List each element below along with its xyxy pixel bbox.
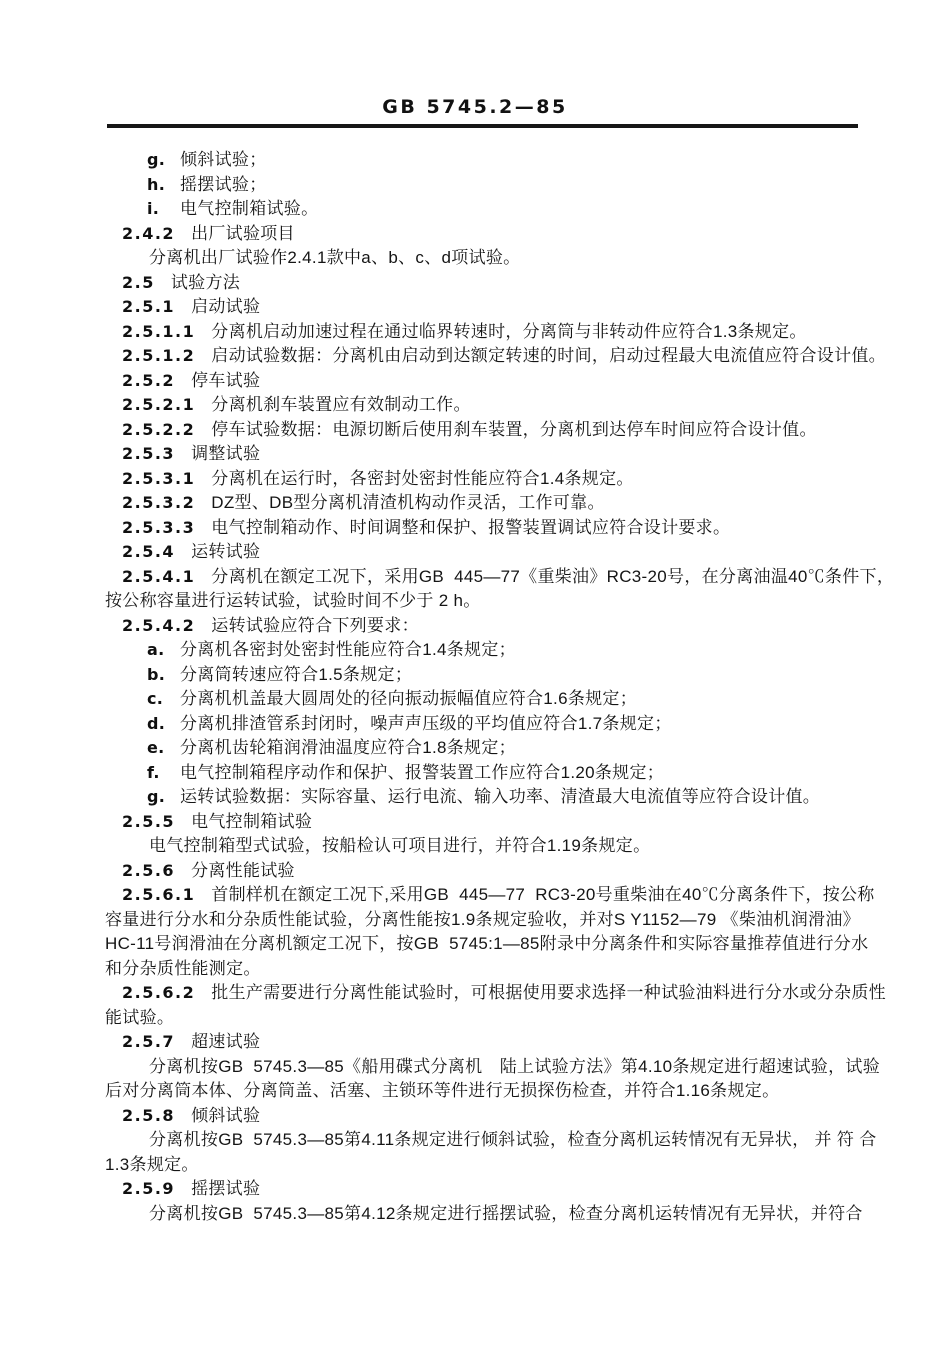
section-heading: 2.5.1启动试验 (122, 295, 885, 320)
clause-text: 运转试验应符合下列要求： (211, 616, 419, 635)
standard-code: GB 5745.2—85 (0, 96, 950, 118)
header-rule (107, 124, 858, 128)
section-title: 调整试验 (191, 444, 260, 463)
clause-text: 启动试验数据：分离机由启动到达额定转速的时间，启动过程最大电流值应符合设计值。 (211, 346, 886, 365)
item-text: 电气控制箱试验。 (180, 199, 318, 218)
section-heading: 2.5.7超速试验 (122, 1030, 885, 1055)
clause-number: 2.5.6.1 (122, 885, 195, 904)
section-heading: 2.5.6分离性能试验 (122, 859, 885, 884)
clause-text: 停车试验数据：电源切断后使用刹车装置，分离机到达停车时间应符合设计值。 (211, 420, 817, 439)
text-line: 容量进行分水和分杂质性能试验，分离性能按1.9条规定验收，并对S Y1152—7… (105, 908, 885, 933)
section-title: 摇摆试验 (191, 1179, 260, 1198)
text-line: 1.3条规定。 (105, 1153, 885, 1178)
section-number: 2.5.5 (122, 812, 175, 831)
item-text: 摇摆试验； (180, 175, 267, 194)
text-line: 能试验。 (105, 1006, 885, 1031)
section-number: 2.4.2 (122, 224, 175, 243)
clause-number: 2.5.1.2 (122, 346, 195, 365)
clause-text: 电气控制箱动作、时间调整和保护、报警装置调试应符合设计要求。 (211, 518, 730, 537)
section-title: 试验方法 (171, 273, 240, 292)
clause-number: 2.5.2.1 (122, 395, 195, 414)
clause-number: 2.5.4.2 (122, 616, 195, 635)
text-line: 分离机出厂试验作2.4.1款中a、b、c、d项试验。 (149, 246, 885, 271)
item-text: 分离筒转速应符合1.5条规定； (180, 665, 412, 684)
section-heading: 2.5.2停车试验 (122, 369, 885, 394)
text-line: 分离机按GB 5745.3—85第4.12条规定进行摇摆试验，检查分离机运转情况… (149, 1202, 885, 1227)
list-item: b.分离筒转速应符合1.5条规定； (147, 663, 885, 688)
clause-number: 2.5.4.1 (122, 567, 195, 586)
section-number: 2.5.6 (122, 861, 175, 880)
section-title: 分离性能试验 (191, 861, 295, 880)
section-heading: 2.4.2出厂试验项目 (122, 222, 885, 247)
list-item: g.运转试验数据：实际容量、运行电流、输入功率、清渣最大电流值等应符合设计值。 (147, 785, 885, 810)
section-number: 2.5.4 (122, 542, 175, 561)
item-label: h. (147, 173, 180, 198)
item-text: 分离机排渣管系封闭时，噪声声压级的平均值应符合1.7条规定； (180, 714, 672, 733)
clause-text: 批生产需要进行分离性能试验时，可根据使用要求选择一种试验油料进行分水或分杂质性 (211, 983, 886, 1002)
section-title: 启动试验 (191, 297, 260, 316)
clause-text: 分离机刹车装置应有效制动工作。 (211, 395, 471, 414)
item-text: 运转试验数据：实际容量、运行电流、输入功率、清渣最大电流值等应符合设计值。 (180, 787, 820, 806)
section-heading: 2.5试验方法 (122, 271, 885, 296)
clause-number: 2.5.3.2 (122, 493, 195, 512)
clause-line: 2.5.3.3电气控制箱动作、时间调整和保护、报警装置调试应符合设计要求。 (122, 516, 885, 541)
text-line: 分离机按GB 5745.3—85《船用碟式分离机 陆上试验方法》第4.10条规定… (149, 1055, 885, 1080)
clause-line: 2.5.3.1分离机在运行时，各密封处密封性能应符合1.4条规定。 (122, 467, 885, 492)
item-label: g. (147, 785, 180, 810)
section-number: 2.5 (122, 273, 155, 292)
clause-line: 2.5.1.1分离机启动加速过程在通过临界转速时，分离筒与非转动件应符合1.3条… (122, 320, 885, 345)
item-label: g. (147, 148, 180, 173)
section-number: 2.5.2 (122, 371, 175, 390)
text-line: 按公称容量进行运转试验，试验时间不少于 2 h。 (105, 589, 885, 614)
clause-number: 2.5.6.2 (122, 983, 195, 1002)
section-heading: 2.5.3调整试验 (122, 442, 885, 467)
list-item: a.分离机各密封处密封性能应符合1.4条规定； (147, 638, 885, 663)
list-item: i.电气控制箱试验。 (147, 197, 885, 222)
clause-line: 2.5.2.2停车试验数据：电源切断后使用刹车装置，分离机到达停车时间应符合设计… (122, 418, 885, 443)
clause-text: 分离机在额定工况下，采用GB 445—77《重柴油》RC3-20号，在分离油温4… (211, 567, 894, 586)
document-page: GB 5745.2—85 g.倾斜试验；h.摇摆试验；i.电气控制箱试验。2.4… (0, 0, 950, 1345)
section-title: 倾斜试验 (191, 1106, 260, 1125)
section-number: 2.5.9 (122, 1179, 175, 1198)
text-line: 分离机按GB 5745.3—85第4.11条规定进行倾斜试验，检查分离机运转情况… (149, 1128, 885, 1153)
item-label: f. (147, 761, 180, 786)
section-title: 电气控制箱试验 (191, 812, 312, 831)
section-heading: 2.5.5电气控制箱试验 (122, 810, 885, 835)
list-item: d.分离机排渣管系封闭时，噪声声压级的平均值应符合1.7条规定； (147, 712, 885, 737)
clause-number: 2.5.1.1 (122, 322, 195, 341)
section-title: 运转试验 (191, 542, 260, 561)
list-item: g.倾斜试验； (147, 148, 885, 173)
section-heading: 2.5.4运转试验 (122, 540, 885, 565)
section-title: 超速试验 (191, 1032, 260, 1051)
text-line: 电气控制箱型式试验，按船检认可项目进行，并符合1.19条规定。 (149, 834, 885, 859)
section-number: 2.5.3 (122, 444, 175, 463)
list-item: e.分离机齿轮箱润滑油温度应符合1.8条规定； (147, 736, 885, 761)
item-text: 分离机机盖最大圆周处的径向振动振幅值应符合1.6条规定； (180, 689, 637, 708)
clause-text: 分离机启动加速过程在通过临界转速时，分离筒与非转动件应符合1.3条规定。 (211, 322, 806, 341)
clause-number: 2.5.2.2 (122, 420, 195, 439)
text-line: 和分杂质性能测定。 (105, 957, 885, 982)
clause-text: 分离机在运行时，各密封处密封性能应符合1.4条规定。 (211, 469, 633, 488)
item-text: 电气控制箱程序动作和保护、报警装置工作应符合1.20条规定； (180, 763, 664, 782)
section-title: 停车试验 (191, 371, 260, 390)
clause-text: 首制样机在额定工况下,采用GB 445—77 RC3-20号重柴油在40℃分离条… (211, 885, 874, 904)
list-item: c.分离机机盖最大圆周处的径向振动振幅值应符合1.6条规定； (147, 687, 885, 712)
item-label: d. (147, 712, 180, 737)
item-label: c. (147, 687, 180, 712)
clause-line: 2.5.6.1首制样机在额定工况下,采用GB 445—77 RC3-20号重柴油… (122, 883, 885, 908)
item-text: 分离机齿轮箱润滑油温度应符合1.8条规定； (180, 738, 516, 757)
clause-line: 2.5.4.1分离机在额定工况下，采用GB 445—77《重柴油》RC3-20号… (122, 565, 885, 590)
section-heading: 2.5.8倾斜试验 (122, 1104, 885, 1129)
list-item: h.摇摆试验； (147, 173, 885, 198)
item-label: i. (147, 197, 180, 222)
item-text: 分离机各密封处密封性能应符合1.4条规定； (180, 640, 516, 659)
clause-text: DZ型、DB型分离机清渣机构动作灵活，工作可靠。 (211, 493, 604, 512)
item-label: b. (147, 663, 180, 688)
section-number: 2.5.1 (122, 297, 175, 316)
section-heading: 2.5.9摇摆试验 (122, 1177, 885, 1202)
clause-line: 2.5.6.2批生产需要进行分离性能试验时，可根据使用要求选择一种试验油料进行分… (122, 981, 885, 1006)
text-line: HC-11号润滑油在分离机额定工况下，按GB 5745:1—85附录中分离条件和… (105, 932, 885, 957)
clause-line: 2.5.2.1分离机刹车装置应有效制动工作。 (122, 393, 885, 418)
item-text: 倾斜试验； (180, 150, 267, 169)
clause-number: 2.5.3.3 (122, 518, 195, 537)
clause-number: 2.5.3.1 (122, 469, 195, 488)
document-body: g.倾斜试验；h.摇摆试验；i.电气控制箱试验。2.4.2出厂试验项目分离机出厂… (105, 148, 885, 1226)
section-title: 出厂试验项目 (191, 224, 295, 243)
list-item: f.电气控制箱程序动作和保护、报警装置工作应符合1.20条规定； (147, 761, 885, 786)
item-label: a. (147, 638, 180, 663)
text-line: 后对分离筒本体、分离筒盖、活塞、主锁环等件进行无损探伤检查，并符合1.16条规定… (105, 1079, 885, 1104)
clause-line: 2.5.4.2运转试验应符合下列要求： (122, 614, 885, 639)
section-number: 2.5.8 (122, 1106, 175, 1125)
section-number: 2.5.7 (122, 1032, 175, 1051)
clause-line: 2.5.3.2DZ型、DB型分离机清渣机构动作灵活，工作可靠。 (122, 491, 885, 516)
clause-line: 2.5.1.2启动试验数据：分离机由启动到达额定转速的时间，启动过程最大电流值应… (122, 344, 885, 369)
item-label: e. (147, 736, 180, 761)
